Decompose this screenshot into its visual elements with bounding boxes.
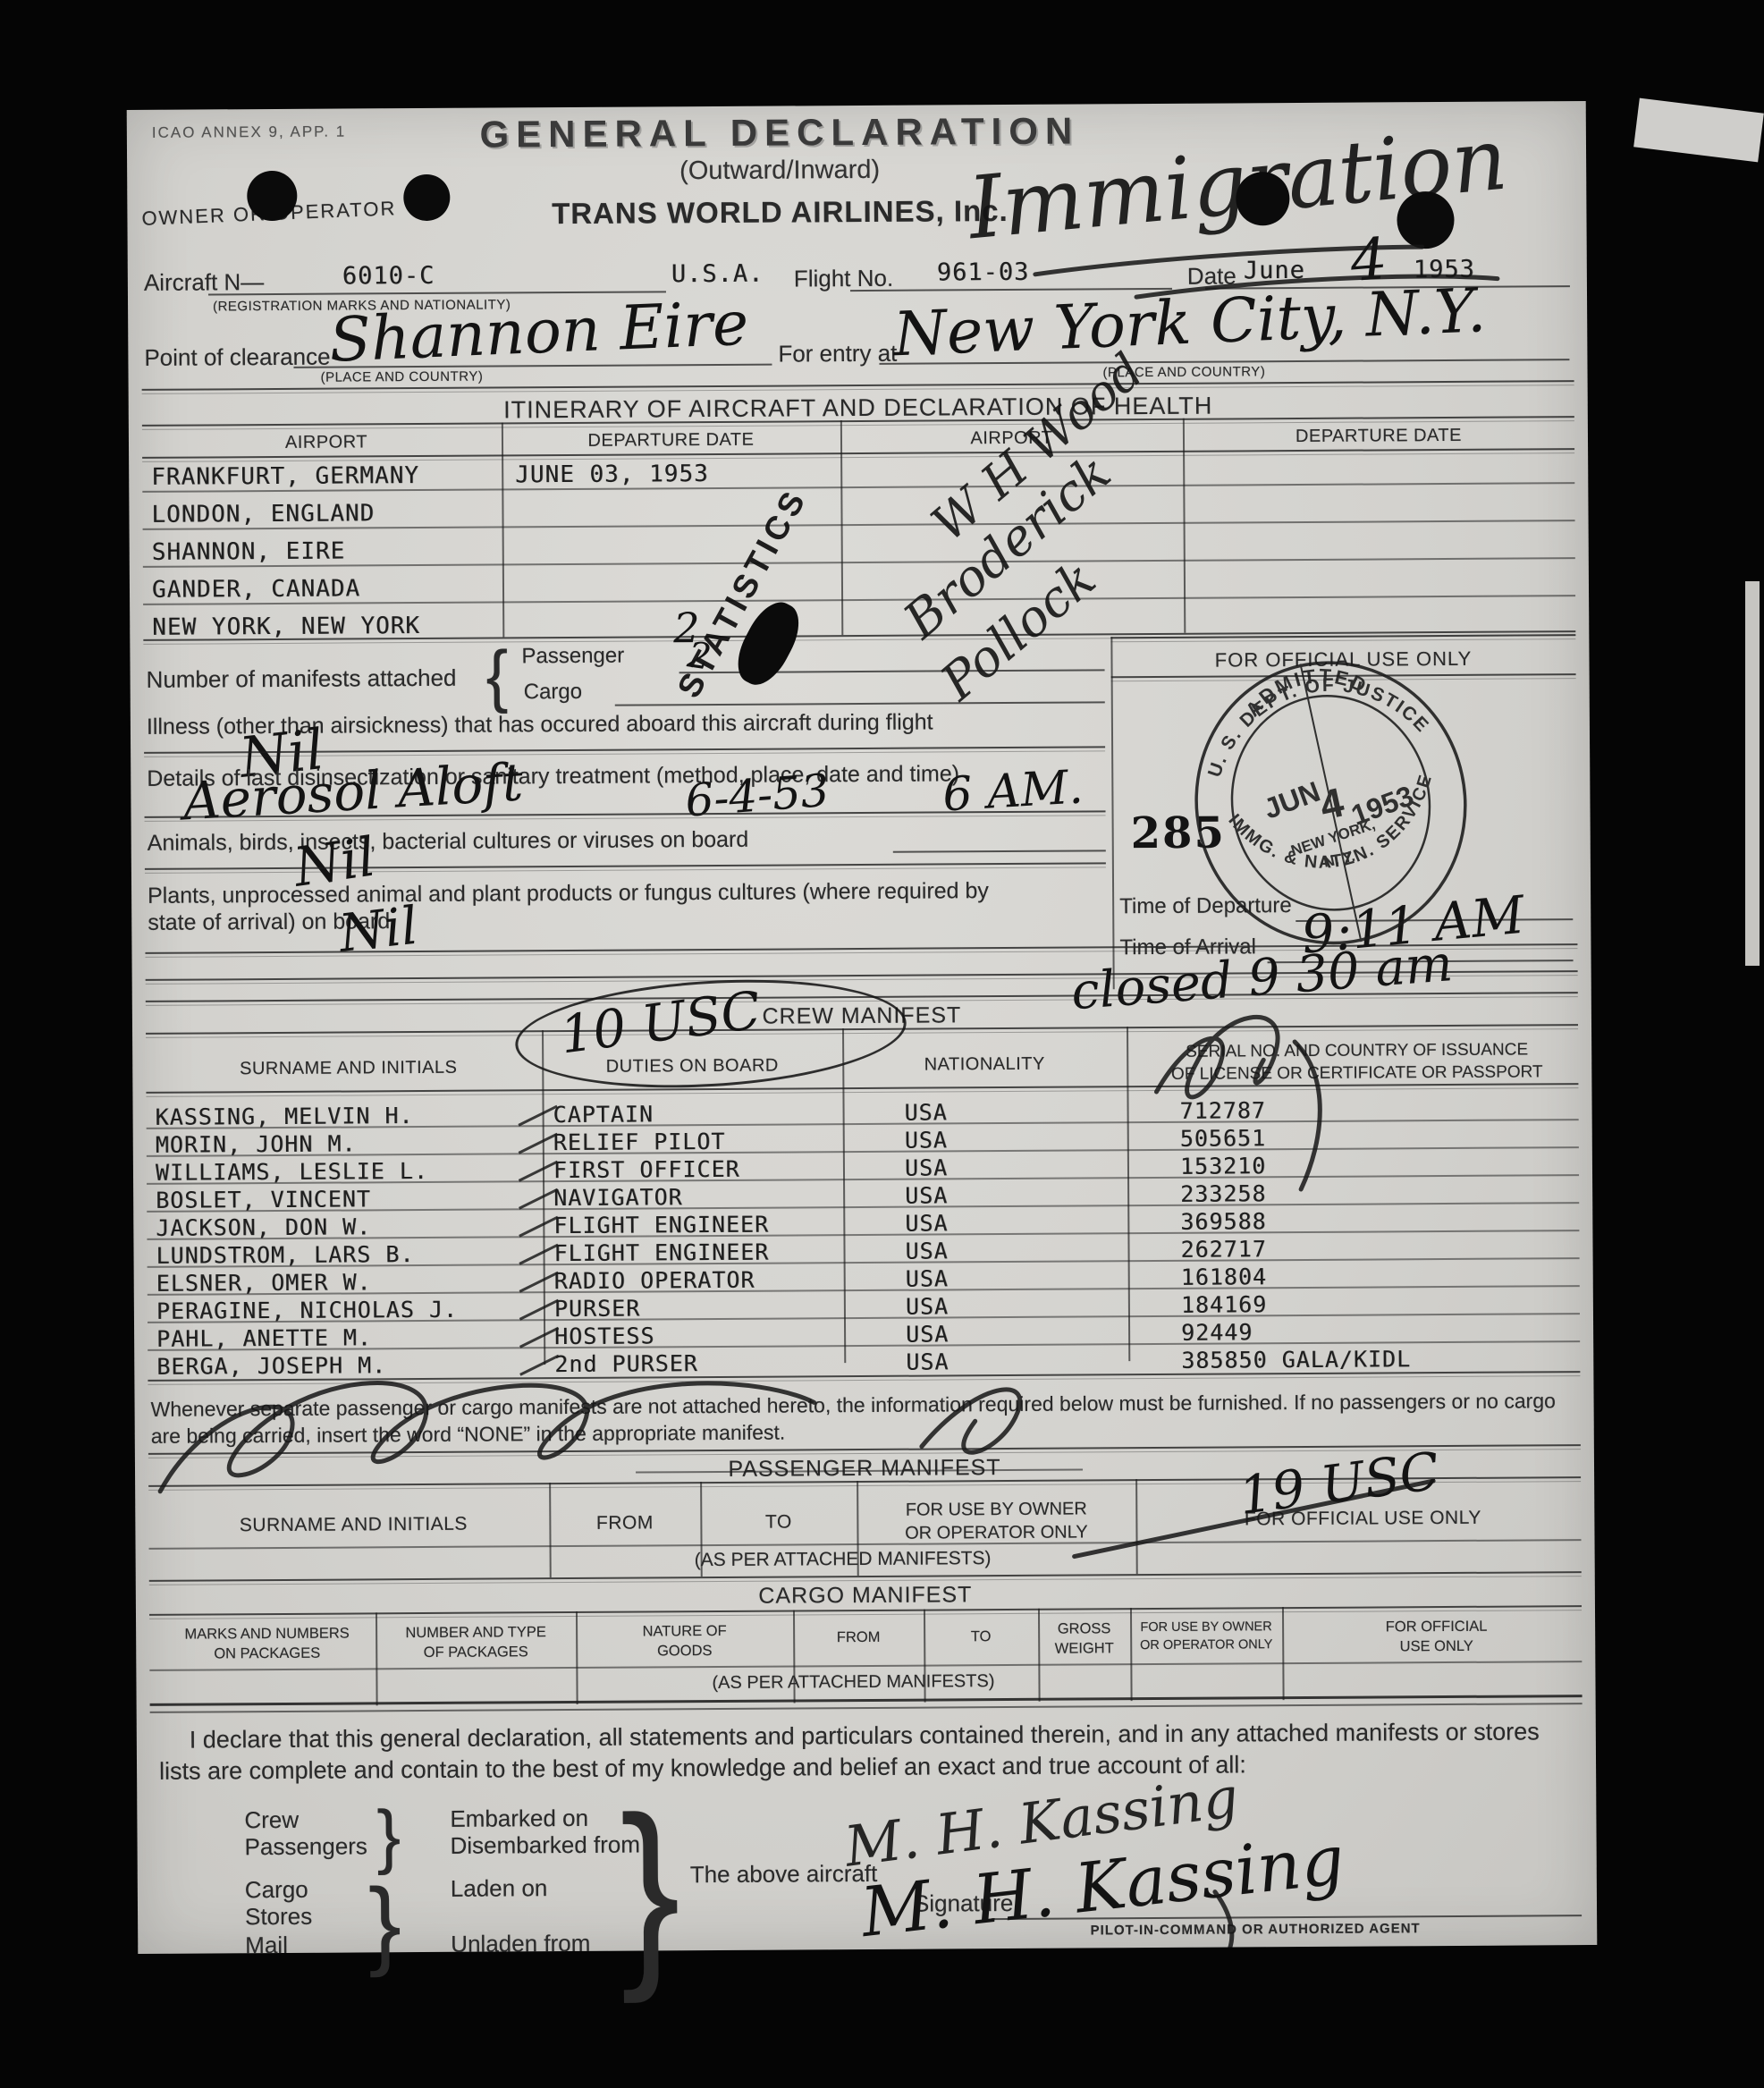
immigration-round-stamp: U. S. DEPT. OF JUSTICE IMMG. & NATZN. SE… <box>1186 655 1474 951</box>
passenger-col-surname: SURNAME AND INITIALS <box>157 1513 549 1537</box>
crew-col-surname: SURNAME AND INITIALS <box>155 1057 542 1080</box>
stamp-day: 4 <box>1315 778 1348 828</box>
aircraft-label: Aircraft N— <box>144 268 265 297</box>
crew-nationality: USA <box>905 1182 948 1208</box>
crew-col-nationality: NATIONALITY <box>842 1053 1127 1076</box>
itinerary-col-depdate-2: DEPARTURE DATE <box>1183 425 1574 448</box>
document-scan: ICAO ANNEX 9, APP. 1 GENERAL DECLARATION… <box>0 0 1764 2088</box>
checkmark <box>519 1327 559 1348</box>
crew-name: BERGA, JOSEPH M. <box>156 1352 386 1380</box>
stamp-month: JUN <box>1260 775 1325 825</box>
crew-col-serial: SERIAL NO. AND COUNTRY OF ISSUANCE OF LI… <box>1127 1038 1587 1086</box>
crew-serial: 92449 <box>1181 1319 1253 1345</box>
rule <box>145 862 1106 874</box>
corner-note: ICAO ANNEX 9, APP. 1 <box>152 123 346 142</box>
crew-col-duties: DUTIES ON BOARD <box>542 1055 842 1078</box>
checkmark <box>518 1105 557 1127</box>
ink-blot <box>403 174 450 221</box>
rule <box>146 1083 1578 1097</box>
ink-blot <box>1236 172 1289 225</box>
box-divider <box>1110 637 1114 989</box>
underline <box>893 850 1106 852</box>
checkmark <box>519 1355 559 1376</box>
brace-glyph: } <box>368 1866 402 1980</box>
passenger-as-per: (AS PER ATTACHED MANIFESTS) <box>550 1547 1136 1572</box>
passenger-col-from: FROM <box>549 1512 700 1534</box>
cargo-col-owner: FOR USE BY OWNER OR OPERATOR ONLY <box>1130 1618 1282 1654</box>
nationality-value: U.S.A. <box>671 260 764 289</box>
thick-rule <box>150 1695 1583 1713</box>
footer-disembarked-label: Disembarked from <box>450 1831 640 1860</box>
cargo-col-nature: NATURE OF GOODS <box>576 1620 793 1661</box>
itinerary-row: LONDON, ENGLAND <box>151 493 1582 528</box>
aircraft-value: 6010-C <box>342 262 435 291</box>
ink-blot <box>1397 191 1454 249</box>
checkmark <box>519 1244 558 1265</box>
checkmark <box>519 1299 559 1321</box>
crew-nationality: USA <box>904 1099 947 1125</box>
itinerary-col-depdate-1: DEPARTURE DATE <box>502 429 840 452</box>
itinerary-airport: FRANKFURT, GERMANY <box>151 462 419 491</box>
crew-nationality: USA <box>905 1238 948 1264</box>
itinerary-row: GANDER, CANADA <box>152 568 1583 604</box>
itinerary-airport: LONDON, ENGLAND <box>151 500 375 528</box>
manifests-label: Number of manifests attached <box>147 664 457 694</box>
crew-nationality: USA <box>905 1210 948 1236</box>
footer-mail-label: Mail <box>245 1932 288 1959</box>
manifests-brace: { <box>485 635 508 714</box>
cargo-col-to: TO <box>924 1628 1038 1646</box>
crew-nationality: USA <box>906 1348 949 1374</box>
plants-label: Plants, unprocessed animal and plant pro… <box>148 876 1095 935</box>
paper-scrap <box>1633 98 1764 163</box>
manifest-cargo-label: Cargo <box>524 680 583 705</box>
paper-scrap <box>1745 581 1760 966</box>
cargo-col-marks: MARKS AND NUMBERS ON PACKAGES <box>158 1623 376 1663</box>
footer-unladen-label: Unladen from <box>451 1930 590 1958</box>
crew-duty: 2nd PURSER <box>554 1350 698 1377</box>
cargo-col-official: FOR OFFICIAL USE ONLY <box>1282 1616 1591 1657</box>
date-month-value: June <box>1244 257 1305 284</box>
passenger-col-to: TO <box>700 1511 857 1534</box>
itinerary-depdate: JUNE 03, 1953 <box>515 461 709 488</box>
manifest-note: Whenever separate passenger or cargo man… <box>151 1387 1578 1450</box>
footer-laden-label: Laden on <box>451 1874 548 1903</box>
footer-cargo-label: Cargo <box>245 1876 308 1904</box>
form-paper: ICAO ANNEX 9, APP. 1 GENERAL DECLARATION… <box>127 101 1598 1954</box>
checkmark <box>519 1272 559 1293</box>
crew-serial: 385850 GALA/KIDL <box>1181 1346 1411 1374</box>
animals-label: Animals, birds, insects, bacterial cultu… <box>148 827 749 857</box>
crew-nationality: USA <box>906 1265 949 1291</box>
itinerary-airport: GANDER, CANADA <box>152 575 360 603</box>
itinerary-airport: SHANNON, EIRE <box>152 538 346 566</box>
itinerary-row: SHANNON, EIRE <box>152 530 1583 566</box>
footer-passengers-label: Passengers <box>244 1832 367 1861</box>
checkmark <box>519 1133 558 1154</box>
flight-label: Flight No. <box>794 265 893 293</box>
crew-nationality: USA <box>906 1293 949 1319</box>
declaration-text: I declare that this general declaration,… <box>159 1716 1572 1788</box>
crew-nationality: USA <box>906 1321 949 1347</box>
checkmark <box>519 1188 558 1210</box>
flight-value: 961-03 <box>937 258 1030 287</box>
cargo-col-from: FROM <box>793 1629 924 1647</box>
footer-stores-label: Stores <box>245 1903 312 1931</box>
crew-nationality: USA <box>905 1154 948 1180</box>
cargo-as-per: (AS PER ATTACHED MANIFESTS) <box>576 1670 1130 1695</box>
underline <box>615 701 1105 706</box>
passenger-col-owner: FOR USE BY OWNER OR OPERATOR ONLY <box>857 1497 1135 1545</box>
checkmark <box>519 1161 558 1182</box>
brace-glyph: } <box>376 1795 401 1877</box>
footer-embarked-label: Embarked on <box>450 1805 588 1833</box>
clearance-caption: (PLACE AND COUNTRY) <box>320 369 483 385</box>
brace-glyph-large: } <box>620 1771 680 2008</box>
checkmark <box>519 1216 558 1238</box>
ink-blot <box>247 171 297 221</box>
manifest-passenger-label: Passenger <box>521 644 624 670</box>
crew-nationality: USA <box>905 1127 948 1153</box>
itinerary-col-airport-1: AIRPORT <box>151 431 502 453</box>
form-title: GENERAL DECLARATION <box>458 109 1101 156</box>
footer-crew-label: Crew <box>244 1806 299 1834</box>
itinerary-airport: NEW YORK, NEW YORK <box>152 613 420 641</box>
cargo-col-weight: GROSS WEIGHT <box>1038 1619 1130 1659</box>
airline-name: TRANS WORLD AIRLINES, Inc. <box>529 194 1030 231</box>
cargo-col-number: NUMBER AND TYPE OF PACKAGES <box>376 1622 576 1662</box>
